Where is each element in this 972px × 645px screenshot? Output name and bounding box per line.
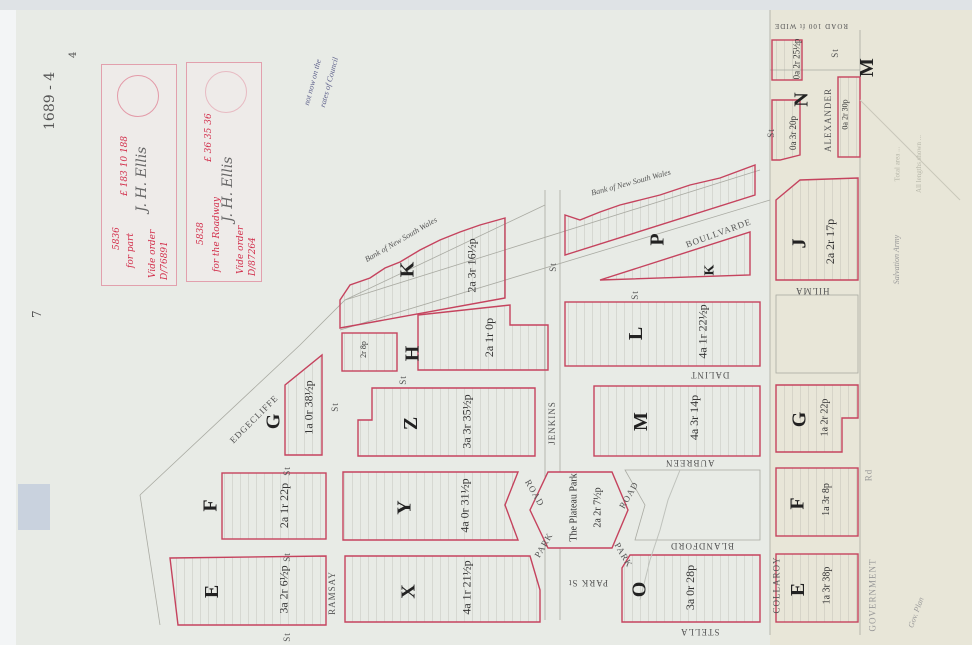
section-F-letter: F (200, 499, 223, 511)
street-park-st: PARK St (568, 578, 608, 588)
section-O-letter: O (628, 582, 651, 598)
street-st-9: St (830, 48, 840, 58)
section-E-right-letter: E (787, 583, 810, 596)
section-M-area: 4a 3r 14p (687, 395, 702, 440)
section-G-letter: G (262, 414, 285, 430)
street-aubreen: AUBREEN (665, 458, 715, 468)
section-M-right-area: 0a 2r 30p (841, 99, 850, 129)
street-rd: Rd (863, 469, 873, 482)
section-Y-area: 4a 0r 31½p (458, 478, 473, 532)
section-X-area: 4a 1r 21½p (460, 560, 475, 614)
section-G-area: 1a 0r 38½p (302, 380, 317, 434)
section-E-right-area: 1a 3r 38p (821, 567, 832, 605)
section-X-letter: X (398, 584, 421, 598)
street-alexander: ALEXANDER (823, 88, 833, 152)
section-N-letter: N (791, 92, 814, 106)
section-J-area: 2a 2r 17p (823, 219, 838, 264)
street-st-8: St (766, 128, 776, 138)
street-st-1: St (282, 466, 292, 476)
salvation-army-label: Salvation Army (892, 235, 901, 284)
street-collaroy: COLLAROY (772, 557, 782, 614)
section-K-area: 2a 3r 16½p (465, 238, 480, 292)
street-ramsay: RAMSAY (327, 571, 337, 615)
section-H-area: 2a 1r 0p (482, 318, 497, 357)
section-F-right-letter: F (787, 497, 810, 509)
street-st-4: St (330, 402, 340, 412)
section-G-right-area: 1a 2r 22p (819, 399, 830, 437)
side-note-2: All lengths shown ... (915, 135, 923, 193)
section-E-letter: E (201, 585, 224, 598)
section-H-small-letter: H (401, 346, 424, 362)
street-dalint: DALINT (690, 370, 730, 380)
section-M-right-letter: M (856, 58, 879, 77)
section-Z-area: 3a 3r 35½p (460, 394, 475, 448)
section-O-area: 3a 0r 28p (683, 565, 698, 610)
street-road-100: ROAD 100 ft WIDE (774, 22, 848, 30)
section-E-area: 3a 2r 6½p (277, 565, 292, 613)
section-K-right-letter: K (702, 265, 718, 276)
street-st-5: St (398, 375, 408, 385)
side-note-1: Total area ... (893, 147, 901, 182)
section-L-letter: L (625, 327, 648, 340)
street-jenkins: JENKINS (547, 401, 557, 445)
section-L-area: 4a 1r 22½p (696, 304, 711, 358)
section-G-right-letter: G (788, 412, 811, 428)
park-area: 2a 2r 7½p (593, 487, 604, 527)
section-P-letter: P (647, 233, 670, 245)
street-stella: STELLA (680, 627, 720, 637)
park-name: The Plateau Park (569, 473, 580, 541)
section-H-small-area: 2r 8p (359, 341, 368, 358)
street-st-6: St (548, 262, 558, 272)
section-N-lower-area: 0a 3r 20p (788, 116, 798, 150)
section-Y-letter: Y (394, 500, 417, 514)
street-st-3: St (282, 632, 292, 642)
section-K-letter: K (396, 262, 419, 278)
section-F-area: 2a 1r 22p (277, 483, 292, 528)
section-Z-letter: Z (400, 417, 423, 430)
section-F-right-area: 1a 3r 8p (821, 483, 832, 516)
street-st-2: St (282, 552, 292, 562)
section-N-upper-area: 0a 2r 25½p (791, 39, 801, 80)
section-M-letter: M (630, 412, 653, 431)
street-hilma: HILMA (795, 286, 830, 296)
street-st-7: St (630, 290, 640, 300)
section-J-letter: J (789, 239, 812, 249)
street-blandford: BLANDFORD (670, 541, 734, 551)
street-government: GOVERNMENT (868, 559, 878, 632)
